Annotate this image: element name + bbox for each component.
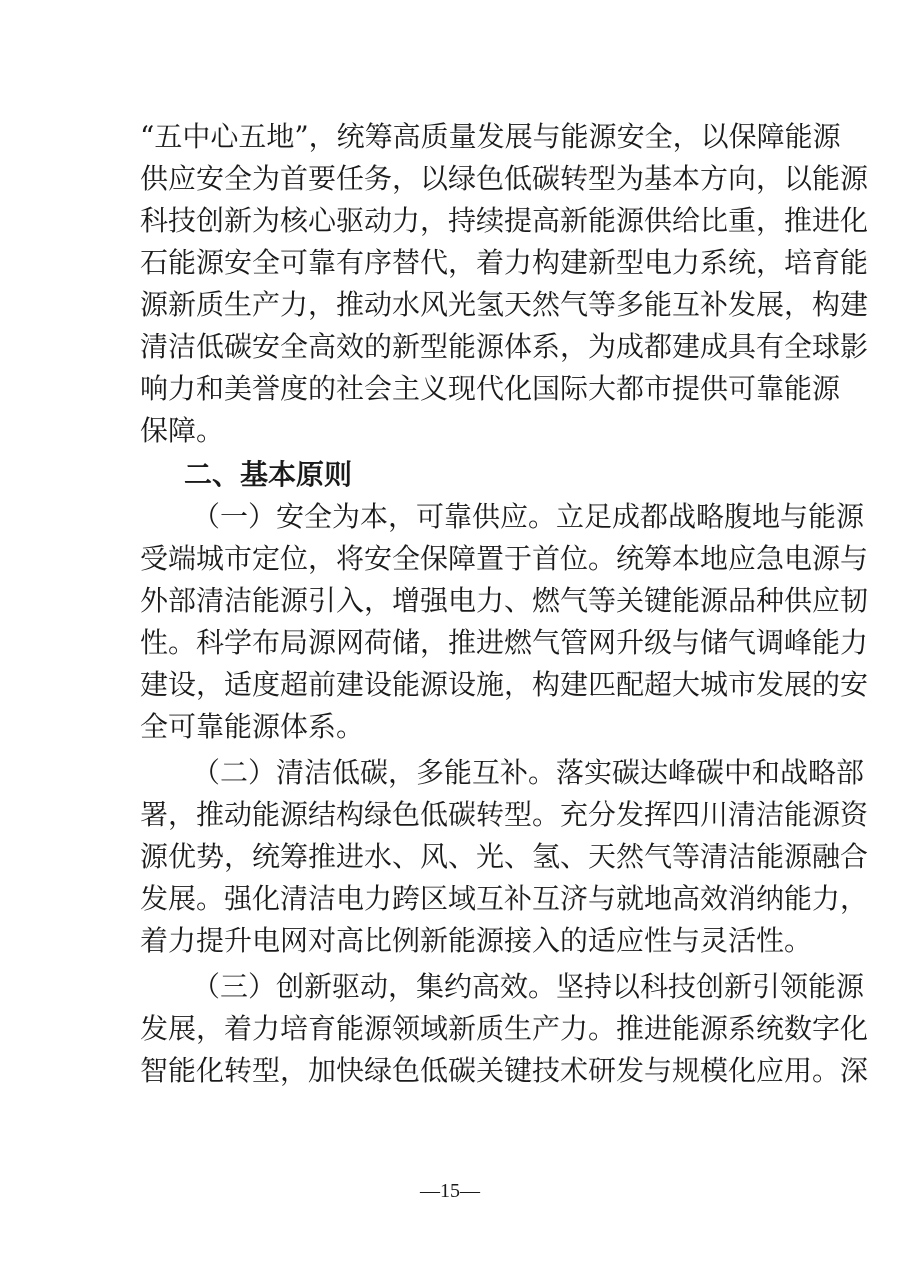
paragraph-line: 清洁低碳安全高效的新型能源体系，为成都建成具有全球影 [140, 326, 764, 368]
paragraph-line: 石能源安全可靠有序替代，着力构建新型电力系统，培育能 [140, 242, 764, 284]
principle-3: （三）创新驱动，集约高效。坚持以科技创新引领能源 发展，着力培育能源领域新质生产… [140, 966, 764, 1092]
page-number: —15— [0, 1180, 900, 1203]
principle-2: （二）清洁低碳，多能互补。落实碳达峰碳中和战略部 署，推动能源结构绿色低碳转型。… [140, 752, 764, 962]
paragraph-line: 源新质生产力，推动水风光氢天然气等多能互补发展，构建 [140, 284, 764, 326]
paragraph-line: 响力和美誉度的社会主义现代化国际大都市提供可靠能源 [140, 368, 764, 410]
principle-1: （一）安全为本，可靠供应。立足成都战略腹地与能源 受端城市定位，将安全保障置于首… [140, 496, 764, 748]
paragraph-line: 建设，适度超前建设能源设施，构建匹配超大城市发展的安 [140, 664, 764, 706]
intro-paragraph: “五中心五地”，统筹高质量发展与能源安全，以保障能源 供应安全为首要任务，以绿色… [140, 116, 764, 452]
paragraph-line: 着力提升电网对高比例新能源接入的适应性与灵活性。 [140, 920, 764, 962]
paragraph-line: “五中心五地”，统筹高质量发展与能源安全，以保障能源 [140, 116, 764, 158]
paragraph-line: 性。科学布局源网荷储，推进燃气管网升级与储气调峰能力 [140, 622, 764, 664]
paragraph-line: （三）创新驱动，集约高效。坚持以科技创新引领能源 [140, 966, 764, 1008]
paragraph-line: 源优势，统筹推进水、风、光、氢、天然气等清洁能源融合 [140, 836, 764, 878]
paragraph-line: 科技创新为核心驱动力，持续提高新能源供给比重，推进化 [140, 200, 764, 242]
paragraph-line: （二）清洁低碳，多能互补。落实碳达峰碳中和战略部 [140, 752, 764, 794]
paragraph-line: 供应安全为首要任务，以绿色低碳转型为基本方向，以能源 [140, 158, 764, 200]
paragraph-line: 外部清洁能源引入，增强电力、燃气等关键能源品种供应韧 [140, 580, 764, 622]
paragraph-line: 署，推动能源结构绿色低碳转型。充分发挥四川清洁能源资 [140, 794, 764, 836]
paragraph-line: 受端城市定位，将安全保障置于首位。统筹本地应急电源与 [140, 538, 764, 580]
paragraph-line: 保障。 [140, 410, 764, 452]
paragraph-line: （一）安全为本，可靠供应。立足成都战略腹地与能源 [140, 496, 764, 538]
paragraph-line: 发展，着力培育能源领域新质生产力。推进能源系统数字化 [140, 1008, 764, 1050]
document-page: “五中心五地”，统筹高质量发展与能源安全，以保障能源 供应安全为首要任务，以绿色… [140, 116, 764, 1092]
section-heading: 二、基本原则 [140, 454, 764, 496]
paragraph-line: 智能化转型，加快绿色低碳关键技术研发与规模化应用。深 [140, 1050, 764, 1092]
paragraph-line: 全可靠能源体系。 [140, 706, 764, 748]
paragraph-line: 发展。强化清洁电力跨区域互补互济与就地高效消纳能力， [140, 878, 764, 920]
